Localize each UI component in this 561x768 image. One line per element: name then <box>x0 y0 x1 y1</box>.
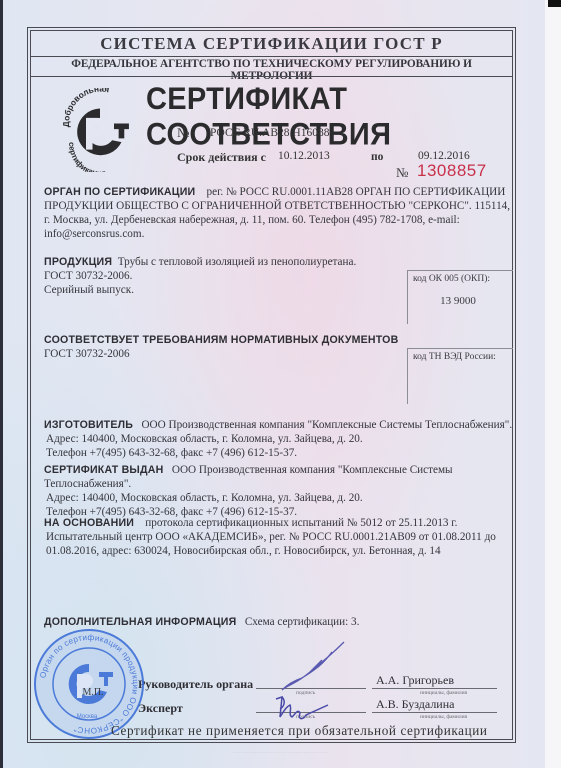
okp-code-value: 13 9000 <box>413 295 513 307</box>
expert-name-line <box>372 712 497 713</box>
serial-number: 1308857 <box>417 161 487 181</box>
rst-logo-icon: Добровольная сертификация <box>58 88 142 172</box>
basis-section: НА ОСНОВАНИИ протокола сертификационных … <box>44 516 514 558</box>
expert-name: А.В. Буздалина <box>376 697 454 712</box>
certification-body-section: ОРГАН ПО СЕРТИФИКАЦИИ рег. № РОСС RU.000… <box>44 185 512 241</box>
certificate-number-label: № <box>177 125 189 141</box>
head-label: Руководитель органа <box>138 677 253 692</box>
valid-from-date: 10.12.2013 <box>278 150 330 162</box>
issued-to-label: СЕРТИФИКАТ ВЫДАН <box>44 464 163 476</box>
system-heading: СИСТЕМА СЕРТИФИКАЦИИ ГОСТ Р <box>30 34 513 54</box>
conformity-section: СООТВЕТСТВУЕТ ТРЕБОВАНИЯМ НОРМАТИВНЫХ ДО… <box>44 333 424 361</box>
scan-edge-left <box>0 0 3 768</box>
tnved-code-label: код ТН ВЭД России: <box>413 352 496 362</box>
issued-to-section: СЕРТИФИКАТ ВЫДАН ООО Производственная ко… <box>44 463 514 519</box>
footer-note: Сертификат не применяется при обязательн… <box>111 723 488 739</box>
scan-corner <box>548 0 561 7</box>
agency-heading: ФЕДЕРАЛЬНОЕ АГЕНТСТВО ПО ТЕХНИЧЕСКОМУ РЕ… <box>30 58 513 82</box>
okp-code-label: код ОК 005 (ОКП): <box>413 274 490 284</box>
tnved-code-box: код ТН ВЭД России: <box>407 348 513 404</box>
head-name-caption: инициалы, фамилия <box>420 690 467 696</box>
serial-number-label: № <box>396 165 408 181</box>
issued-to-address: Адрес: 140400, Московская область, г. Ко… <box>44 491 514 505</box>
header-divider-1 <box>30 56 513 57</box>
additional-info-text: Схема сертификации: 3. <box>245 616 360 628</box>
manufacturer-name: ООО Производственная компания "Комплексн… <box>141 419 512 431</box>
manufacturer-address: Адрес: 140400, Московская область, г. Ко… <box>44 432 514 446</box>
issued-to-name: ООО Производственная компания "Комплексн… <box>172 464 453 476</box>
conformity-label: СООТВЕТСТВУЕТ ТРЕБОВАНИЯМ НОРМАТИВНЫХ ДО… <box>44 333 424 347</box>
manufacturer-label: ИЗГОТОВИТЕЛЬ <box>44 419 133 431</box>
seal-city: Москва <box>77 714 98 720</box>
manufacturer-phone: Телефон +7(495) 643-32-68, факс +7 (496)… <box>44 446 514 460</box>
head-name-line <box>372 688 497 689</box>
product-description: Трубы с тепловой изоляцией из пенополиур… <box>118 256 357 268</box>
basis-protocol: протокола сертификационных испытаний № 5… <box>145 517 457 529</box>
okp-code-box: код ОК 005 (ОКП): 13 9000 <box>407 270 513 324</box>
product-label: ПРОДУКЦИЯ <box>44 256 112 268</box>
issued-to-name-cont: Теплоснабжения". <box>44 477 514 491</box>
product-release-type: Серийный выпуск. <box>44 283 384 297</box>
conformity-standard: ГОСТ 30732-2006 <box>44 347 424 361</box>
expert-signature-icon <box>272 693 330 723</box>
printer-fineprint: · · · · · · · · · · · · · · · · · · · · … <box>150 751 410 755</box>
additional-info-section: ДОПОЛНИТЕЛЬНАЯ ИНФОРМАЦИЯ Схема сертифик… <box>44 615 514 629</box>
product-section: ПРОДУКЦИЯ Трубы с тепловой изоляцией из … <box>44 255 384 297</box>
basis-label: НА ОСНОВАНИИ <box>44 517 134 529</box>
basis-test-center: Испытательный центр ООО «АКАДЕМСИБ», рег… <box>44 530 514 544</box>
header-divider-2 <box>30 76 513 77</box>
manufacturer-section: ИЗГОТОВИТЕЛЬ ООО Производственная компан… <box>44 418 514 460</box>
certificate-title: СЕРТИФИКАТ СООТВЕТСТВИЯ <box>146 82 561 153</box>
basis-test-center-address: 01.08.2016, адрес: 630024, Новосибирская… <box>44 544 514 558</box>
additional-info-label: ДОПОЛНИТЕЛЬНАЯ ИНФОРМАЦИЯ <box>44 616 236 628</box>
expert-name-caption: инициалы, фамилия <box>420 714 467 720</box>
seal-mp-label: М.П. <box>82 687 103 698</box>
certificate-number: РОСС RU.АВ28.Н16088 <box>210 127 329 139</box>
head-name: А.А. Григорьев <box>376 673 454 688</box>
validity-label: Срок действия с <box>177 150 266 165</box>
certification-body-label: ОРГАН ПО СЕРТИФИКАЦИИ <box>44 186 195 198</box>
head-signature-icon <box>262 640 352 692</box>
valid-to-label: по <box>371 151 383 163</box>
product-standard: ГОСТ 30732-2006. <box>44 269 384 283</box>
